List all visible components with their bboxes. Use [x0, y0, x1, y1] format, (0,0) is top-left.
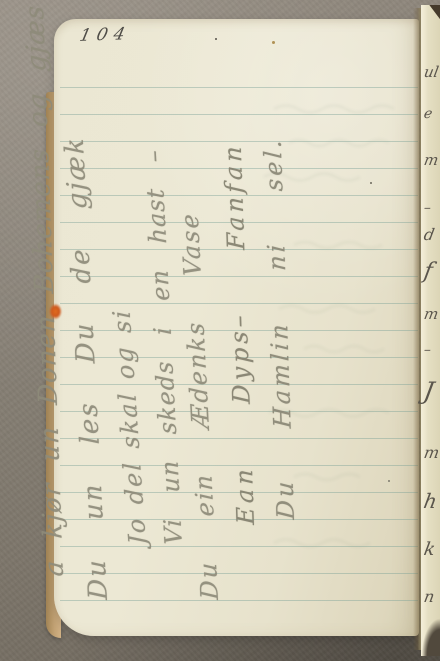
paper-speck — [215, 38, 217, 40]
text-fragment: f — [422, 261, 434, 283]
handwriting-line: Vi un skeds i en hast – — [141, 149, 186, 545]
handwriting-line: Jo del skal og si — [109, 309, 150, 545]
handwriting-line: Du Hamlin ni sel. — [261, 137, 298, 520]
notebook-page: 104 a kjør un Donen Bohemens og gjæs Du … — [54, 19, 419, 636]
handwriting-line: a kjør un Donen Bohemens og gjæs — [22, 4, 68, 577]
text-fragment: h — [422, 491, 438, 511]
paper-speck — [370, 182, 372, 184]
text-fragment: e — [423, 107, 434, 121]
gutter-crease — [413, 8, 421, 650]
notebook-photograph: 104 a kjør un Donen Bohemens og gjæs Du … — [0, 0, 440, 661]
paper-speck — [272, 41, 275, 44]
text-fragment: k — [422, 541, 436, 559]
text-fragment: m — [423, 445, 440, 461]
text-fragment: m — [423, 153, 440, 168]
text-fragment: – — [423, 201, 432, 215]
paper-speck — [388, 480, 390, 482]
text-fragment: m — [423, 307, 440, 322]
facing-page-edge: ul e m – d f m – J m h k n — [421, 5, 440, 656]
text-fragment: d — [423, 227, 436, 243]
text-fragment: – — [423, 343, 432, 357]
handwriting-line: Ean Dyps– Fanfan — [221, 142, 258, 525]
text-fragment: ul — [423, 65, 440, 80]
page-number: 104 — [78, 24, 133, 46]
text-fragment: J — [422, 379, 436, 403]
ink-stain — [47, 301, 64, 322]
handwriting-line: Du un les Du de gjæk — [62, 136, 112, 600]
text-fragment: n — [423, 589, 436, 605]
